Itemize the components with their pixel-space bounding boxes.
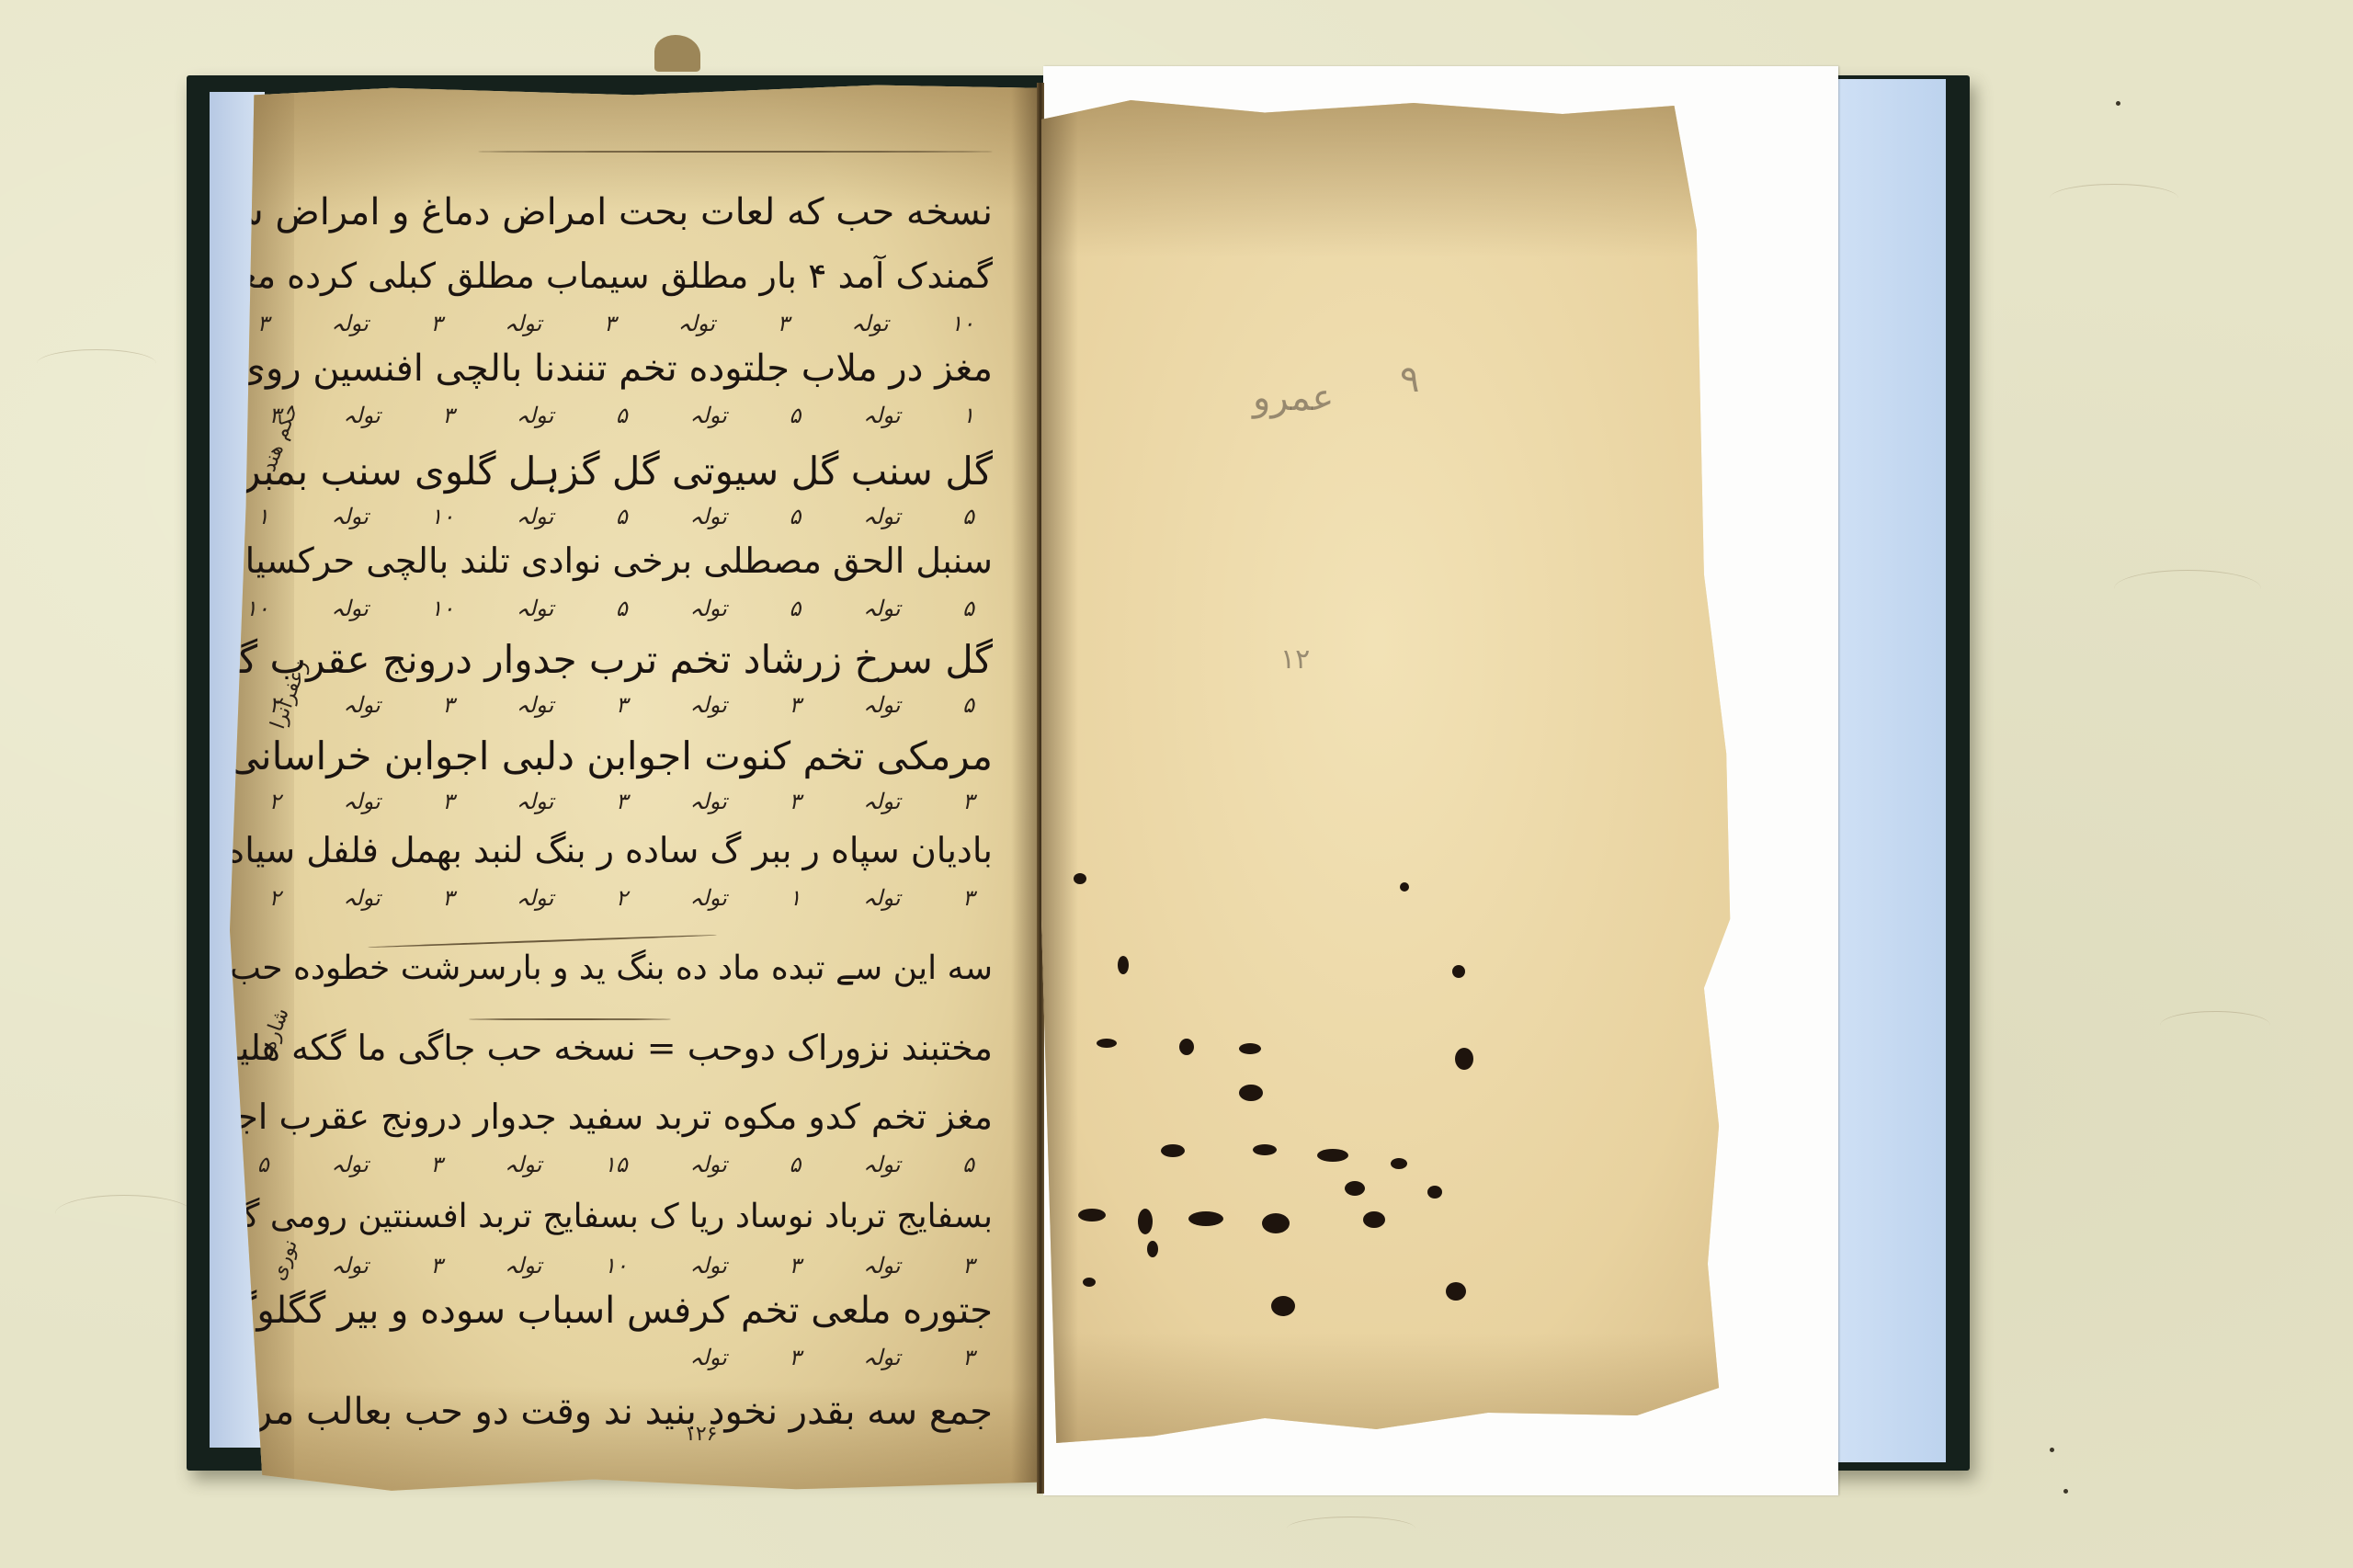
faint-pencil-mark: عمرو (1253, 377, 1334, 419)
ink-blot (1083, 1278, 1096, 1287)
quantity-line-2: ۱۰ تولہ ۳ تولہ ۳ تولہ ۳ تولہ ۳ تولہ (158, 311, 974, 336)
faint-pencil-mark: ۱۲ (1280, 643, 1310, 676)
gutter-shadow (1011, 81, 1039, 1496)
ink-blot (1078, 1209, 1106, 1221)
ink-blot (1147, 1241, 1158, 1257)
ink-blot (1271, 1296, 1295, 1316)
left-manuscript-page: نسخه حب که لعات بحت امراض دماغ و امراض س… (230, 81, 1039, 1496)
torn-binding-tab (654, 35, 700, 72)
ink-blot (1400, 882, 1409, 892)
ink-blot (1262, 1213, 1290, 1233)
ink-blot (1427, 1186, 1442, 1199)
paper-fiber (37, 349, 156, 378)
subheading-rule (469, 1018, 671, 1020)
right-manuscript-page: عمرو ۹ ۱۲ (1041, 92, 1786, 1471)
manuscript-line-5: سنبل الحق مصطلی برخی نوادی تلند بالچی حر… (0, 540, 993, 581)
quantity-line-11: ۵ تولہ ۵ تولہ ۱۵ تولہ ۳ تولہ ۵ تولہ (158, 1152, 974, 1177)
ink-blot (1097, 1039, 1117, 1048)
ink-blot (1391, 1158, 1407, 1169)
water-stain-top (1041, 92, 1786, 257)
manuscript-line-13: جتوره ملعی تخم کرفس اسباب سوده و بیر گگل… (0, 1290, 993, 1332)
folio-number: ۱۲۶ (685, 1423, 717, 1446)
manuscript-line-1: نسخه حب که لعات بحت امراض دماغ و امراض س… (0, 191, 993, 233)
quantity-line-12: ۳ تولہ ۳ تولہ ۱۰ تولہ ۳ تولہ (331, 1253, 974, 1278)
quantity-line-5: ۵ تولہ ۵ تولہ ۵ تولہ ۱۰ تولہ ۱۰ تولہ ۲ ت… (0, 596, 974, 621)
ink-blot (1118, 956, 1129, 974)
heading-rule (478, 151, 993, 153)
ink-blot (1074, 873, 1086, 884)
paper-fiber (2160, 1011, 2270, 1040)
quantity-line-7: ۳ تولہ ۳ تولہ ۳ تولہ ۳ تولہ ۲ تولہ (170, 789, 974, 814)
ink-blot (1239, 1085, 1263, 1101)
section-rule (368, 934, 717, 948)
paper-fiber (2114, 570, 2261, 608)
ink-blot (1317, 1149, 1348, 1162)
ink-blot (1452, 965, 1465, 978)
ink-blot (1239, 1043, 1261, 1054)
manuscript-line-4: گل سنب گل سیوتی گل گزہل گلوی سنب بمبر بع… (0, 449, 993, 494)
ink-blot (1363, 1211, 1385, 1228)
manuscript-line-6: گل سرخ زرشاد تخم ترب جدوار درونج عقرب گل… (0, 637, 993, 682)
paper-fiber (2050, 184, 2178, 212)
paper-fiber (1287, 1517, 1415, 1540)
ink-blot (1179, 1039, 1194, 1055)
ink-blot (1138, 1209, 1153, 1234)
faint-pencil-mark: ۹ (1400, 358, 1419, 401)
water-stain-top (230, 81, 1039, 210)
quantity-line-13: ۳ تولہ ۳ تولہ (689, 1345, 974, 1370)
paper-fiber (55, 1195, 193, 1233)
quantity-line-6: ۵ تولہ ۳ تولہ ۳ تولہ ۳ تولہ ۲ تولہ ۳ تول… (0, 692, 974, 718)
ink-blot (1253, 1144, 1277, 1155)
quantity-line-4: ۵ تولہ ۵ تولہ ۵ تولہ ۱۰ تولہ ۱ تولہ ۵ تو… (0, 504, 974, 529)
paper-speck (2116, 101, 2120, 106)
paper-speck (2063, 1489, 2068, 1494)
right-guard-sheet (1834, 79, 1946, 1462)
manuscript-line-11: مغز تخم کدو مکوه تربد سفید جدوار درونج ع… (29, 1096, 993, 1137)
manuscript-line-12: بسفایج ترباد نوساد ریا ک بسفایج تربد افس… (125, 1198, 993, 1235)
ink-blot (1446, 1282, 1466, 1301)
manuscript-line-2: گمندک آمد ۴ بار مطلق سیماب مطلق کبلی کرد… (0, 256, 993, 296)
paper-speck (2050, 1448, 2054, 1452)
quantity-line-8: ۳ تولہ ۱ تولہ ۲ تولہ ۳ تولہ ۲ تولہ (170, 885, 974, 911)
manuscript-line-7: مرمکی تخم کنوت اجوابن دلبی اجوابن خراسان… (0, 733, 993, 778)
ink-blot (1455, 1048, 1473, 1070)
manuscript-line-9: سه این سے تبده ماد ده بنگ ید و بارسرشت خ… (23, 949, 993, 987)
ink-blot (1345, 1181, 1365, 1196)
manuscript-line-8: بادیان سپاه ر ببر گ ساده ر بنگ لنبد بهمل… (0, 830, 993, 870)
ink-blot (1161, 1144, 1185, 1157)
ink-blot (1188, 1211, 1223, 1226)
